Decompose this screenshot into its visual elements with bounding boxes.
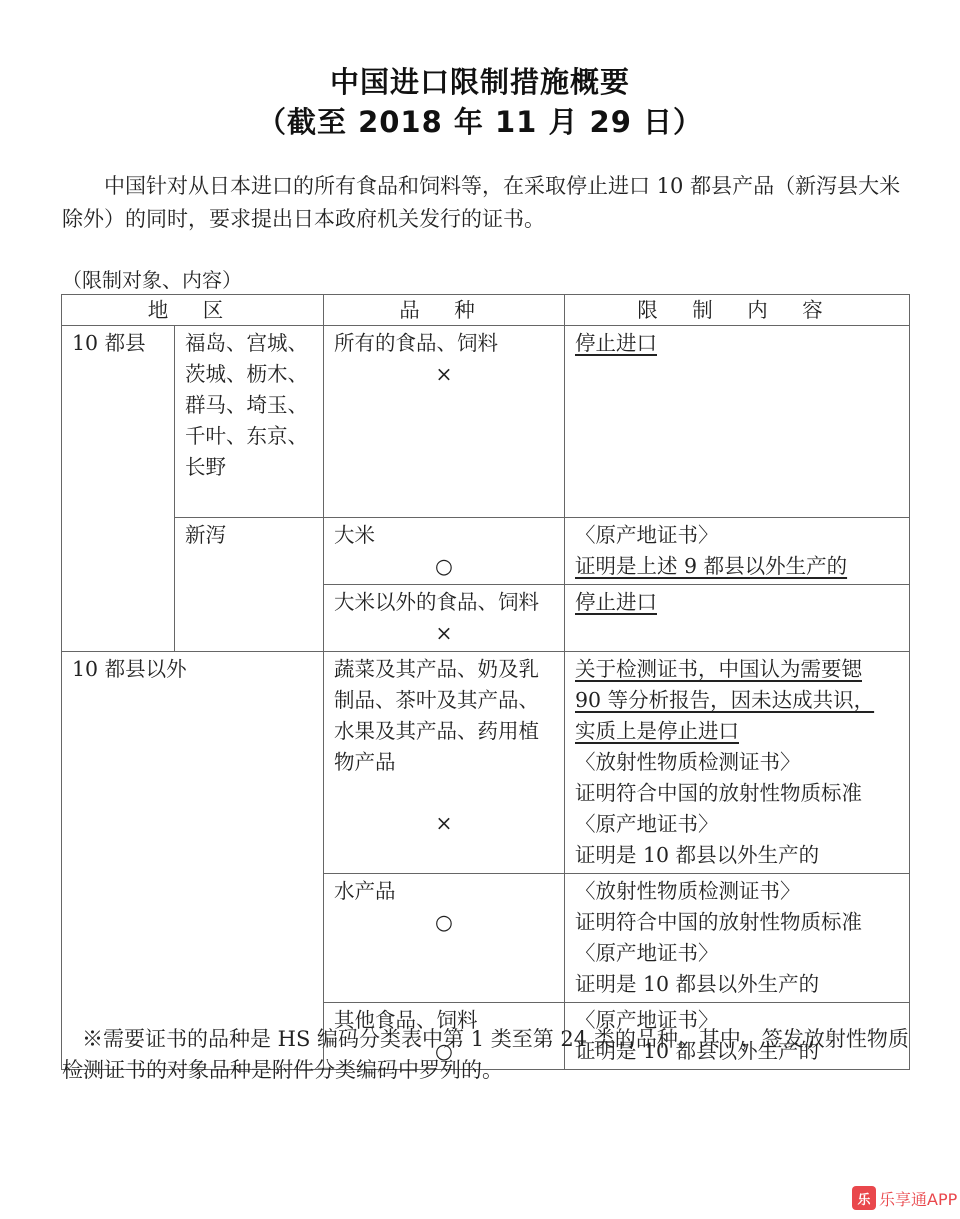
item-cell: 所有的食品、饲料 × <box>324 326 565 518</box>
restriction-cell: 停止进口 <box>565 326 910 518</box>
table-subheading: （限制对象、内容） <box>62 264 242 293</box>
region-cell: 10 都县以外 <box>62 652 324 1070</box>
restriction-line: 停止进口 <box>575 331 657 355</box>
item-label: 大米 <box>334 523 375 547</box>
restriction-line: 〈原产地证书〉 <box>575 520 899 551</box>
item-cell: 水产品 ○ <box>324 874 565 1003</box>
cross-mark-icon: × <box>334 359 554 390</box>
table-row: 10 都县 福岛、宫城、茨城、枥木、群马、埼玉、千叶、东京、长野 所有的食品、饲… <box>62 326 910 518</box>
document-date-subtitle: （截至 2018 年 11 月 29 日） <box>0 100 960 141</box>
item-label: 水产品 <box>334 879 396 903</box>
table-header-row: 地 区 品 种 限 制 内 容 <box>62 295 910 326</box>
restriction-cell: 〈放射性物质检测证书〉 证明符合中国的放射性物质标准 〈原产地证书〉 证明是 1… <box>565 874 910 1003</box>
header-item: 品 种 <box>324 295 565 326</box>
table-row: 10 都县以外 蔬菜及其产品、奶及乳制品、茶叶及其产品、水果及其产品、药用植物产… <box>62 652 910 874</box>
restriction-line: 证明是 10 都县以外生产的 <box>575 969 899 1000</box>
item-label: 蔬菜及其产品、奶及乳制品、茶叶及其产品、水果及其产品、药用植物产品 <box>334 654 554 778</box>
restriction-line: 〈原产地证书〉 <box>575 809 899 840</box>
item-label: 大米以外的食品、饲料 <box>334 590 539 614</box>
region-cell: 10 都县 <box>62 326 175 652</box>
circle-mark-icon: ○ <box>334 907 554 938</box>
restriction-line: 〈放射性物质检测证书〉 <box>575 747 899 778</box>
restriction-line: 〈放射性物质检测证书〉 <box>575 876 899 907</box>
cross-mark-icon: × <box>334 808 554 839</box>
restriction-line: 证明符合中国的放射性物质标准 <box>575 907 899 938</box>
restriction-line: 90 等分析报告，因未达成共识， <box>575 688 874 712</box>
table-row: 新泻 大米 ○ 〈原产地证书〉 证明是上述 9 都县以外生产的 <box>62 518 910 585</box>
restriction-line: 证明是 10 都县以外生产的 <box>575 840 899 871</box>
item-label: 所有的食品、饲料 <box>334 331 498 355</box>
cross-mark-icon: × <box>334 618 554 649</box>
restriction-cell: 停止进口 <box>565 585 910 652</box>
subregion-cell: 新泻 <box>175 518 324 652</box>
item-cell: 大米以外的食品、饲料 × <box>324 585 565 652</box>
item-cell: 蔬菜及其产品、奶及乳制品、茶叶及其产品、水果及其产品、药用植物产品 × <box>324 652 565 874</box>
subregion-cell: 福岛、宫城、茨城、枥木、群马、埼玉、千叶、东京、长野 <box>175 326 324 518</box>
app-logo-icon: 乐 <box>852 1186 876 1210</box>
restriction-cell: 〈原产地证书〉 证明是上述 9 都县以外生产的 <box>565 518 910 585</box>
watermark-text: 乐享通APP <box>879 1187 957 1210</box>
footnote: ※需要证书的品种是 HS 编码分类表中第 1 类至第 24 类的品种。其中，签发… <box>62 1024 912 1086</box>
restriction-line: 证明符合中国的放射性物质标准 <box>575 778 899 809</box>
item-cell: 大米 ○ <box>324 518 565 585</box>
document-title: 中国进口限制措施概要 <box>0 60 960 101</box>
header-restriction: 限 制 内 容 <box>565 295 910 326</box>
header-region: 地 区 <box>62 295 324 326</box>
restriction-cell: 关于检测证书，中国认为需要锶 90 等分析报告，因未达成共识， 实质上是停止进口… <box>565 652 910 874</box>
restriction-line: 停止进口 <box>575 590 657 614</box>
circle-mark-icon: ○ <box>334 551 554 582</box>
intro-paragraph: 中国针对从日本进口的所有食品和饲料等，在采取停止进口 10 都县产品（新泻县大米… <box>62 170 912 236</box>
restriction-line: 〈原产地证书〉 <box>575 938 899 969</box>
restriction-line: 证明是上述 9 都县以外生产的 <box>575 554 847 578</box>
restriction-table: 地 区 品 种 限 制 内 容 10 都县 福岛、宫城、茨城、枥木、群马、埼玉、… <box>61 294 910 1070</box>
restriction-line: 实质上是停止进口 <box>575 719 739 743</box>
restriction-line: 关于检测证书，中国认为需要锶 <box>575 657 862 681</box>
watermark: 乐 乐享通APP <box>852 1186 957 1210</box>
